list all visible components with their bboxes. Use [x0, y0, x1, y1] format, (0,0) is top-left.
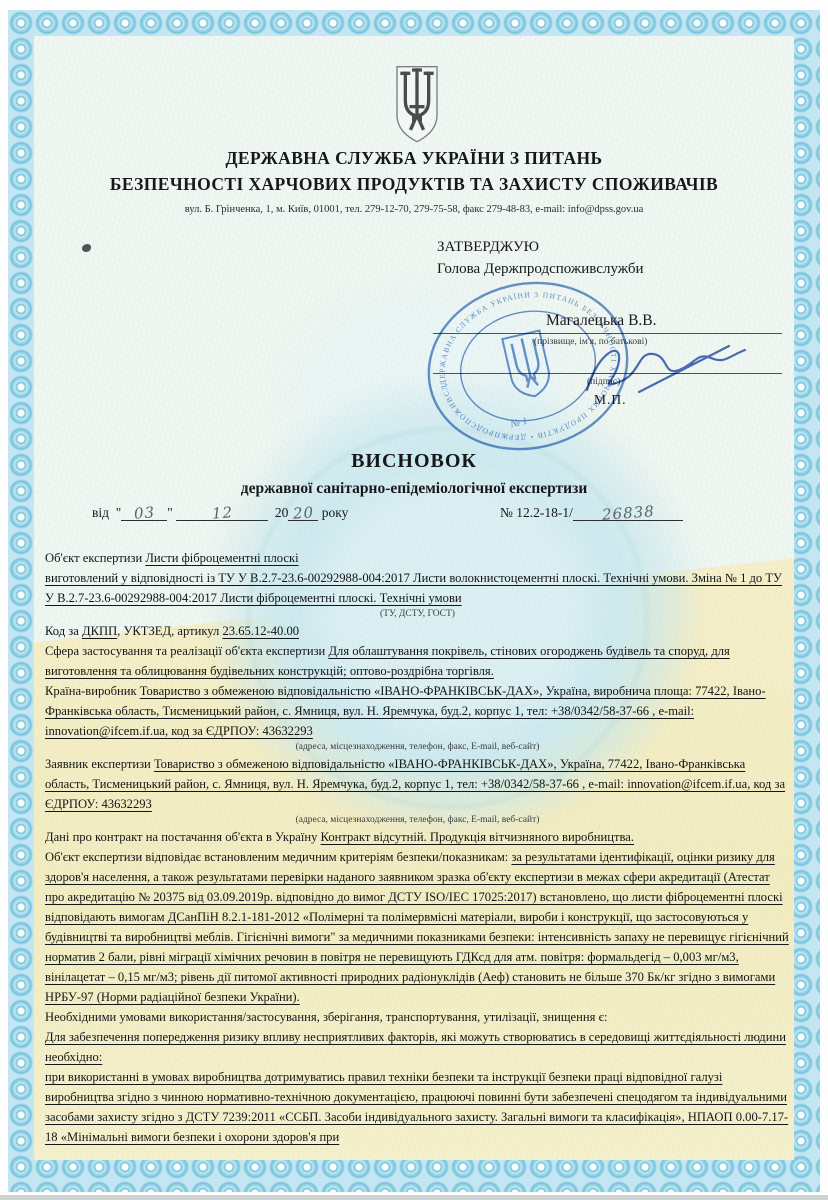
doc-subtitle: державної санітарно-епідеміологічної екс…	[34, 480, 794, 498]
conditions-text: при використанні в умовах виробництва до…	[45, 1070, 788, 1144]
object-caption: (ТУ, ДСТУ, ГОСТ)	[45, 608, 790, 621]
date-quote-open: "	[112, 505, 121, 520]
doc-title: ВИСНОВОК	[34, 450, 794, 473]
producer-caption: (адреса, місцезнаходження, телефон, факс…	[45, 741, 790, 754]
date-year-printed: 20	[275, 505, 289, 520]
applicant-paragraph: Заявник експертизи Товариство з обмежено…	[45, 754, 790, 814]
date-month-slot: 12	[176, 504, 268, 521]
code-mid: , УКТЗЕД, артикул	[117, 624, 222, 638]
org-name-line1: ДЕРЖАВНА СЛУЖБА УКРАЇНИ З ПИТАНЬ	[34, 148, 794, 169]
producer-label: Країна-виробник	[45, 684, 140, 698]
scope-label: Сфера застосування та реалізації об'єкта…	[45, 644, 328, 658]
date-month-hand: 12	[211, 503, 233, 522]
conformity-value: за результатами ідентифікації, оцінки ри…	[45, 850, 789, 1004]
conditions-intro: Для забезпечення попередження ризику впл…	[45, 1030, 786, 1064]
org-address: вул. Б. Грінченка, 1, м. Київ, 01001, те…	[34, 204, 794, 215]
object-label: Об'єкт експертизи	[45, 551, 145, 565]
applicant-label: Заявник експертизи	[45, 757, 154, 771]
certificate-page: ДЕРЖАВНА СЛУЖБА УКРАЇНИ З ПИТАНЬ БЕЗПЕЧН…	[0, 0, 828, 1200]
trident-emblem-icon	[392, 62, 442, 148]
applicant-value: Товариство з обмеженою відповідальністю …	[45, 757, 785, 811]
date-label: від	[92, 505, 109, 520]
date-suffix: року	[322, 505, 349, 520]
date-year-slot: 20	[288, 504, 318, 521]
paper-area: ДЕРЖАВНА СЛУЖБА УКРАЇНИ З ПИТАНЬ БЕЗПЕЧН…	[34, 36, 794, 1160]
date-year-hand: 20	[292, 503, 314, 522]
code-prefix: Код за	[45, 624, 82, 638]
object-paragraph: Об'єкт експертизи Листи фіброцементні пл…	[45, 548, 790, 608]
org-name-line2: БЕЗПЕЧНОСТІ ХАРЧОВИХ ПРОДУКТІВ ТА ЗАХИСТ…	[34, 174, 794, 195]
producer-paragraph: Країна-виробник Товариство з обмеженою в…	[45, 681, 790, 741]
body-text: Об'єкт експертизи Листи фіброцементні пл…	[45, 548, 790, 1147]
contract-value: Контракт відсутній. Продукція вітчизняно…	[321, 830, 634, 844]
object-details: виготовлений у відповідності із ТУ У В.2…	[45, 571, 782, 605]
conformity-paragraph: Об'єкт експертизи відповідає встановлени…	[45, 847, 790, 1007]
number-label: № 12.2-18-1/	[500, 505, 573, 520]
code-value: 23.65.12-40.00	[222, 624, 299, 638]
contract-line: Дані про контракт на постачання об'єкта …	[45, 827, 790, 847]
number-line: № 12.2-18-1/26838	[500, 504, 683, 521]
date-day-hand: 03	[133, 503, 155, 522]
number-hand: 26838	[601, 502, 655, 524]
stamp-number: № 1	[509, 416, 529, 431]
object-value: Листи фіброцементні плоскі	[145, 551, 298, 565]
code-line: Код за ДКПП, УКТЗЕД, артикул 23.65.12-40…	[45, 621, 790, 641]
ink-blot	[82, 244, 91, 252]
code-dkpp: ДКПП	[82, 624, 117, 638]
date-quote-close: "	[167, 505, 173, 520]
scope-paragraph: Сфера застосування та реалізації об'єкта…	[45, 641, 790, 681]
date-day-slot: 03	[121, 504, 167, 521]
conformity-label: Об'єкт експертизи відповідає встановлени…	[45, 850, 511, 864]
contract-label: Дані про контракт на постачання об'єкта …	[45, 830, 321, 844]
number-slot: 26838	[573, 504, 683, 521]
signature-icon	[579, 332, 774, 404]
producer-value: Товариство з обмеженою відповідальністю …	[45, 684, 766, 738]
conditions-label: Необхідними умовами використання/застосу…	[45, 1010, 607, 1024]
date-line: від "03" 12 2020 року	[92, 504, 348, 521]
conditions-paragraph: Необхідними умовами використання/застосу…	[45, 1007, 790, 1147]
applicant-caption: (адреса, місцезнаходження, телефон, факс…	[45, 814, 790, 827]
scan-edge-shadow	[0, 1195, 828, 1200]
